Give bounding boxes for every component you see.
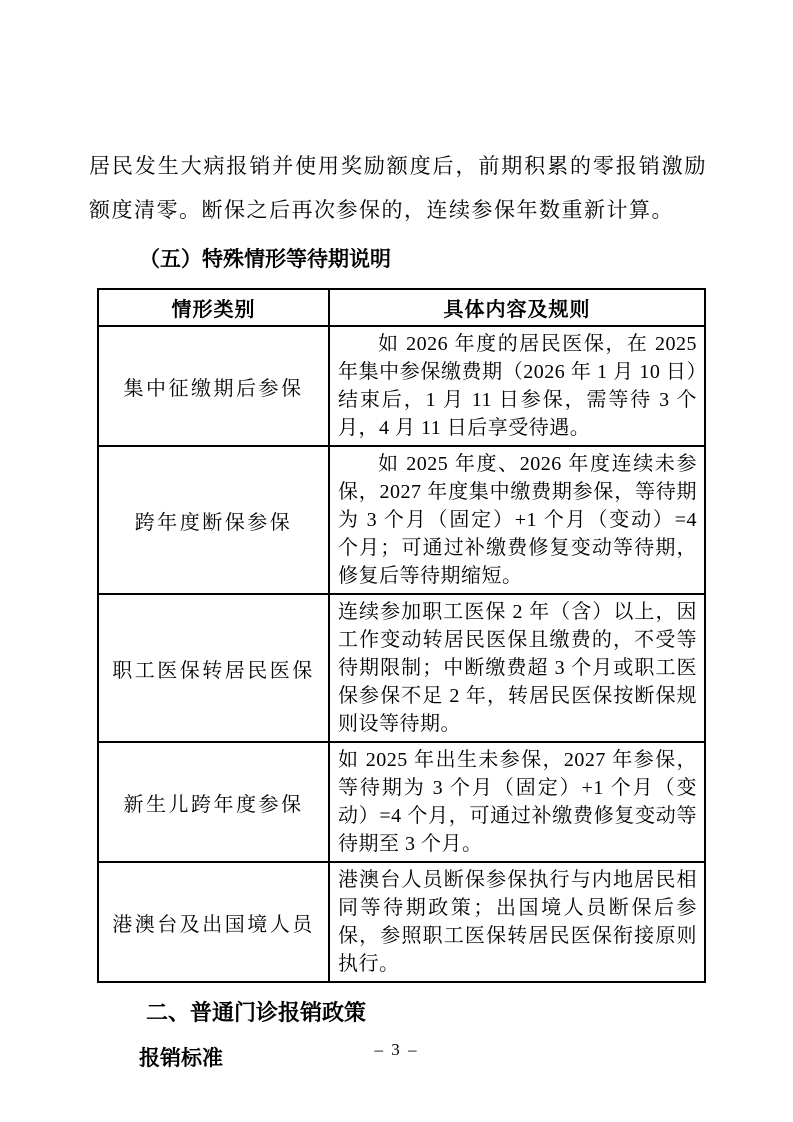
column-header-category: 情形类别	[98, 289, 329, 326]
category-cell: 职工医保转居民医保	[98, 594, 329, 742]
intro-paragraph: 居民发生大病报销并使用奖励额度后，前期积累的零报销激励额度清零。断保之后再次参保…	[89, 144, 707, 232]
table-row: 跨年度断保参保 如 2025 年度、2026 年度连续未参保，2027 年度集中…	[98, 446, 705, 594]
category-cell: 港澳台及出国境人员	[98, 862, 329, 982]
detail-cell: 如 2025 年度、2026 年度连续未参保，2027 年度集中缴费期参保，等待…	[329, 446, 705, 594]
waiting-period-table: 情形类别 具体内容及规则 集中征缴期后参保 如 2026 年度的居民医保，在 2…	[97, 288, 706, 983]
table-row: 新生儿跨年度参保 如 2025 年出生未参保，2027 年参保，等待期为 3 个…	[98, 742, 705, 862]
detail-cell: 如 2026 年度的居民医保，在 2025 年集中参保缴费期（2026 年 1 …	[329, 326, 705, 446]
table-header-row: 情形类别 具体内容及规则	[98, 289, 705, 326]
page-number: – 3 –	[0, 1040, 793, 1060]
table-row: 职工医保转居民医保 连续参加职工医保 2 年（含）以上，因工作变动转居民医保且缴…	[98, 594, 705, 742]
detail-cell: 港澳台人员断保参保执行与内地居民相同等待期政策；出国境人员断保后参保，参照职工医…	[329, 862, 705, 982]
table-row: 港澳台及出国境人员 港澳台人员断保参保执行与内地居民相同等待期政策；出国境人员断…	[98, 862, 705, 982]
detail-cell: 如 2025 年出生未参保，2027 年参保，等待期为 3 个月（固定）+1 个…	[329, 742, 705, 862]
column-header-rules: 具体内容及规则	[329, 289, 705, 326]
document-page: 居民发生大病报销并使用奖励额度后，前期积累的零报销激励额度清零。断保之后再次参保…	[0, 0, 793, 1122]
category-cell: 集中征缴期后参保	[98, 326, 329, 446]
table-row: 集中征缴期后参保 如 2026 年度的居民医保，在 2025 年集中参保缴费期（…	[98, 326, 705, 446]
section-heading-outpatient-policy: 二、普通门诊报销政策	[146, 1000, 707, 1026]
category-cell: 新生儿跨年度参保	[98, 742, 329, 862]
category-cell: 跨年度断保参保	[98, 446, 329, 594]
detail-cell: 连续参加职工医保 2 年（含）以上，因工作变动转居民医保且缴费的，不受等待期限制…	[329, 594, 705, 742]
section-heading-special-cases: （五）特殊情形等待期说明	[139, 247, 707, 273]
